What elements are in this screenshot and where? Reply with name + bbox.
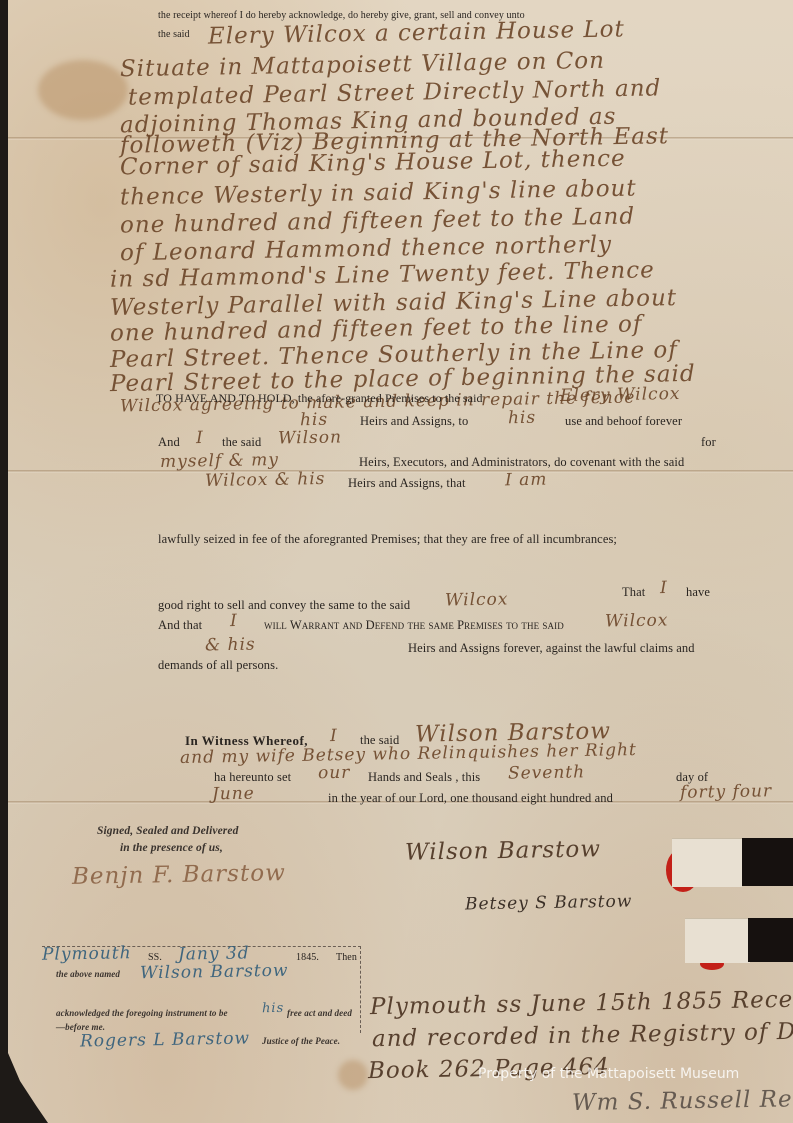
hw-i: I — [196, 428, 204, 448]
printed-good-right: good right to sell and convey the same t… — [158, 598, 410, 613]
printed-heirs-forever: Heirs and Assigns forever, against the l… — [408, 641, 695, 656]
printed-heirs-assigns: Heirs and Assigns, to — [360, 414, 468, 429]
museum-watermark: Property of the Mattapoisett Museum — [478, 1066, 739, 1082]
grantor-signature-2: Betsey S Barstow — [465, 892, 633, 915]
printed-heirs-assigns-that: Heirs and Assigns, that — [348, 476, 466, 491]
printed-lawfully-seized: lawfully seized in fee of the aforegrant… — [158, 532, 617, 547]
printed-use-behoof: use and behoof forever — [565, 414, 682, 429]
printed-habendum: TO HAVE AND TO HOLD, the afore-granted P… — [156, 391, 483, 406]
hw-wilcox-1: Wilcox — [445, 589, 509, 610]
hw-i-have: I — [660, 578, 668, 598]
ack-free-act: free act and deed — [287, 1008, 352, 1018]
grantor-signature-1: Wilson Barstow — [405, 836, 601, 865]
printed-year-of-lord: in the year of our Lord, one thousand ei… — [328, 791, 613, 806]
ack-his: his — [262, 1001, 284, 1016]
printed-that: That — [622, 585, 645, 600]
hw-grantor: Wilson — [278, 427, 342, 448]
hw-year: forty four — [680, 781, 772, 803]
hw-witness-i: I — [330, 726, 338, 746]
hw-i-will: I — [230, 611, 238, 631]
printed-have: have — [686, 585, 710, 600]
printed-heirs-executors: Heirs, Executors, and Administrators, do… — [359, 455, 684, 470]
paper-seal — [672, 838, 742, 887]
printed-and-that: And that — [158, 618, 202, 633]
printed-the-said: the said — [158, 29, 190, 40]
printed-warrant-defend: will Warrant and Defend the same Premise… — [264, 618, 564, 633]
ack-justice-title: Justice of the Peace. — [262, 1036, 340, 1046]
hw-grantee: Elery Wilcox — [560, 384, 681, 406]
hw-month: June — [212, 784, 255, 805]
ack-county: Plymouth — [42, 943, 132, 965]
printed-for: for — [701, 435, 716, 450]
witness-signature: Benjn F. Barstow — [72, 860, 286, 890]
seal-shadow — [748, 918, 793, 962]
printed-hands-seals: Hands and Seals , this — [368, 770, 480, 785]
hw-i-am: I am — [505, 470, 548, 491]
hw-myself: myself & my — [160, 450, 279, 472]
ack-above-named-label: the above named — [56, 969, 120, 979]
printed-in-presence: in the presence of us, — [120, 842, 223, 854]
hw-wilcox-his: Wilcox & his — [205, 469, 326, 491]
hw-our: our — [318, 763, 351, 784]
ack-year: 1845. — [296, 952, 319, 963]
hw-day: Seventh — [508, 762, 585, 783]
torn-corner — [8, 1053, 48, 1123]
ack-above-named: Wilson Barstow — [140, 961, 289, 984]
justice-signature: Rogers L Barstow — [80, 1029, 250, 1052]
printed-and: And — [158, 435, 180, 450]
paper-stain — [38, 60, 128, 120]
hw-wilcox-2: Wilcox — [605, 610, 669, 631]
fold-line — [8, 470, 793, 473]
ack-acknowledged: acknowledged the foregoing instrument to… — [56, 1008, 228, 1018]
printed-the-said: the said — [222, 435, 261, 450]
seal-shadow — [742, 838, 793, 886]
hw-his-heirs: & his — [205, 635, 256, 656]
paper-seal — [685, 918, 750, 963]
paper-stain — [338, 1060, 368, 1090]
printed-demands: demands of all persons. — [158, 658, 278, 673]
register-signature: Wm S. Russell Regr — [572, 1086, 793, 1116]
printed-signed-sealed: Signed, Sealed and Delivered — [97, 825, 238, 837]
hw-his-2: his — [508, 408, 536, 428]
ack-ss: SS. — [148, 952, 162, 963]
ack-then: Then — [336, 952, 357, 963]
